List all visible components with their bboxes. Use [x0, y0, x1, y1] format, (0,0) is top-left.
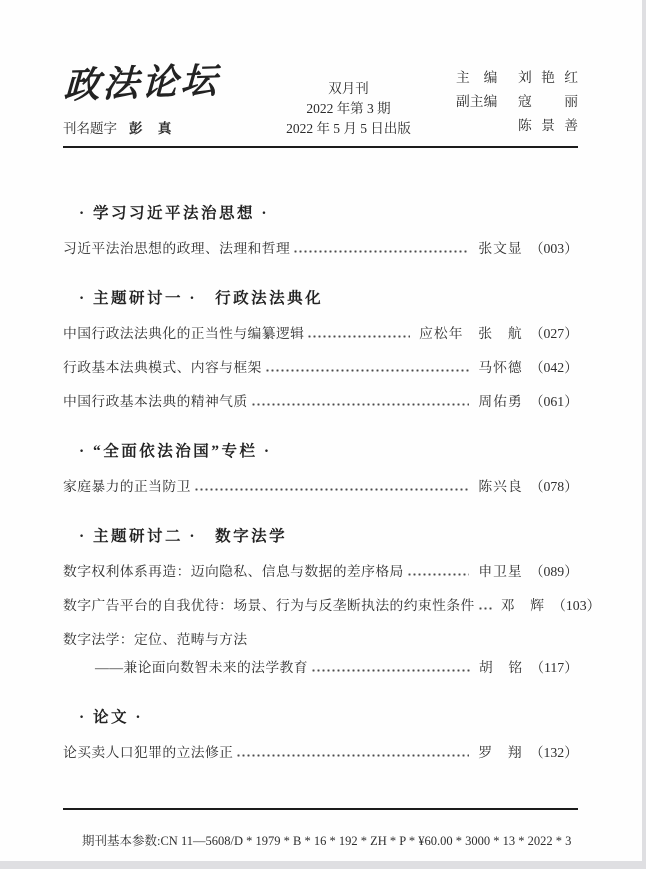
entry-right: 罗 翔 （132）	[478, 743, 578, 763]
section-heading: · 学习习近平法治思想 ·	[63, 203, 578, 225]
editor-label: 主 编	[456, 66, 497, 90]
entry-right: 张文显 （003）	[478, 239, 578, 259]
toc-entry: 数字广告平台的自我优待：场景、行为与反垄断执法的约束性条件 邓 辉 （103）	[63, 596, 578, 616]
editor-row: 陈景善	[456, 114, 578, 138]
journal-title-block: 政法论坛 刊名题字 彭 真	[63, 64, 241, 137]
article-page-number: （061）	[530, 392, 578, 412]
section-heading: · 论文 ·	[63, 707, 578, 729]
section-heading: · “全面依法治国”专栏 ·	[63, 441, 578, 463]
article-title: 中国行政法法典化的正当性与编纂逻辑	[63, 324, 304, 344]
article-page-number: （003）	[530, 239, 578, 259]
toc-entry: 家庭暴力的正当防卫 陈兴良 （078）	[63, 477, 578, 497]
article-title: 数字法学：定位、范畴与方法	[63, 630, 248, 650]
article-page-number: （132）	[530, 743, 578, 763]
toc-entry: 数字权利体系再造：迈向隐私、信息与数据的差序格局 申卫星 （089）	[63, 562, 578, 582]
editor-row: 主 编 刘艳红	[456, 66, 578, 90]
article-title: 行政基本法典模式、内容与框架	[63, 358, 262, 378]
toc-entry-subtitle-line: ——兼论面向数智未来的法学教育 胡 铭 （117）	[63, 658, 578, 678]
toc-entry: 中国行政基本法典的精神气质 周佑勇 （061）	[63, 392, 578, 412]
issue-info: 双月刊 2022 年第 3 期 2022 年 5 月 5 日出版	[241, 64, 456, 139]
toc-entry: 行政基本法典模式、内容与框架 马怀德 （042）	[63, 358, 578, 378]
dot-leader	[194, 477, 470, 497]
entry-right: 马怀德 （042）	[478, 358, 578, 378]
editor-label: 副主编	[456, 90, 497, 114]
journal-toc-page: 政法论坛 刊名题字 彭 真 双月刊 2022 年第 3 期 2022 年 5 月…	[0, 0, 642, 861]
toc-entry: 中国行政法法典化的正当性与编纂逻辑 应松年 张 航 （027）	[63, 324, 578, 344]
toc-entry-title-line: 数字法学：定位、范畴与方法	[63, 630, 578, 650]
dot-leader	[293, 239, 469, 259]
article-title: 数字广告平台的自我优待：场景、行为与反垄断执法的约束性条件	[63, 596, 475, 616]
article-page-number: （027）	[530, 324, 578, 344]
article-title: 家庭暴力的正当防卫	[63, 477, 191, 497]
entry-right: 周佑勇 （061）	[478, 392, 578, 412]
issue-frequency: 双月刊	[241, 79, 456, 99]
dot-leader	[265, 358, 470, 378]
article-page-number: （042）	[530, 358, 578, 378]
article-subtitle: ——兼论面向数智未来的法学教育	[95, 658, 308, 678]
article-authors: 应松年 张 航	[419, 324, 523, 344]
article-title: 中国行政基本法典的精神气质	[63, 392, 248, 412]
entry-right: 应松年 张 航 （027）	[419, 324, 578, 344]
dot-leader	[236, 743, 469, 763]
calligrapher-name: 彭 真	[129, 117, 177, 137]
section-heading: · 主题研讨二 · 数字法学	[63, 526, 578, 548]
dot-leader	[251, 392, 470, 412]
article-authors: 陈兴良	[478, 477, 522, 497]
article-page-number: （078）	[530, 477, 578, 497]
editor-name: 刘艳红	[518, 66, 578, 90]
article-authors: 胡 铭	[479, 658, 523, 678]
editor-name: 寇 丽	[518, 90, 578, 114]
dot-leader	[407, 562, 470, 582]
entry-right: 邓 辉 （103）	[501, 596, 601, 616]
toc-entry: 论买卖人口犯罪的立法修正 罗 翔 （132）	[63, 743, 578, 763]
article-authors: 罗 翔	[478, 743, 522, 763]
article-title: 数字权利体系再造：迈向隐私、信息与数据的差序格局	[63, 562, 404, 582]
header-divider	[63, 146, 578, 148]
journal-logo-calligraphy: 政法论坛	[63, 58, 242, 108]
article-page-number: （103）	[552, 596, 600, 616]
section-heading: · 主题研讨一 · 行政法法典化	[63, 288, 578, 310]
article-title: 论买卖人口犯罪的立法修正	[63, 743, 233, 763]
toc-entry: 习近平法治思想的政理、法理和哲理 张文显 （003）	[63, 239, 578, 259]
dot-leader	[311, 658, 470, 678]
logo-caption: 刊名题字 彭 真	[63, 117, 241, 137]
issue-number: 2022 年第 3 期	[241, 99, 456, 119]
article-authors: 马怀德	[478, 358, 522, 378]
editor-name: 陈景善	[518, 114, 578, 138]
calligrapher-label: 刊名题字	[63, 117, 117, 137]
article-authors: 邓 辉	[501, 596, 545, 616]
editor-row: 副主编 寇 丽	[456, 90, 578, 114]
journal-basic-params: 期刊基本参数:CN 11—5608/D * 1979 * B * 16 * 19…	[63, 831, 578, 849]
article-page-number: （089）	[530, 562, 578, 582]
entry-right: 申卫星 （089）	[478, 562, 578, 582]
dot-leader	[478, 596, 492, 616]
entry-right: 陈兴良 （078）	[478, 477, 578, 497]
article-authors: 张文显	[478, 239, 522, 259]
scan-edge-right	[642, 0, 646, 869]
editors-block: 主 编 刘艳红 副主编 寇 丽 陈景善	[456, 64, 578, 138]
issue-pub-date: 2022 年 5 月 5 日出版	[241, 119, 456, 139]
journal-header: 政法论坛 刊名题字 彭 真 双月刊 2022 年第 3 期 2022 年 5 月…	[63, 64, 578, 139]
article-authors: 周佑勇	[478, 392, 522, 412]
entry-right: 胡 铭 （117）	[479, 658, 578, 678]
article-title: 习近平法治思想的政理、法理和哲理	[63, 239, 290, 259]
scan-edge-bottom	[0, 861, 646, 869]
footer-divider	[63, 808, 578, 810]
article-page-number: （117）	[530, 658, 578, 678]
article-authors: 申卫星	[478, 562, 522, 582]
dot-leader	[307, 324, 410, 344]
table-of-contents: · 学习习近平法治思想 · 习近平法治思想的政理、法理和哲理 张文显 （003）…	[63, 203, 578, 763]
